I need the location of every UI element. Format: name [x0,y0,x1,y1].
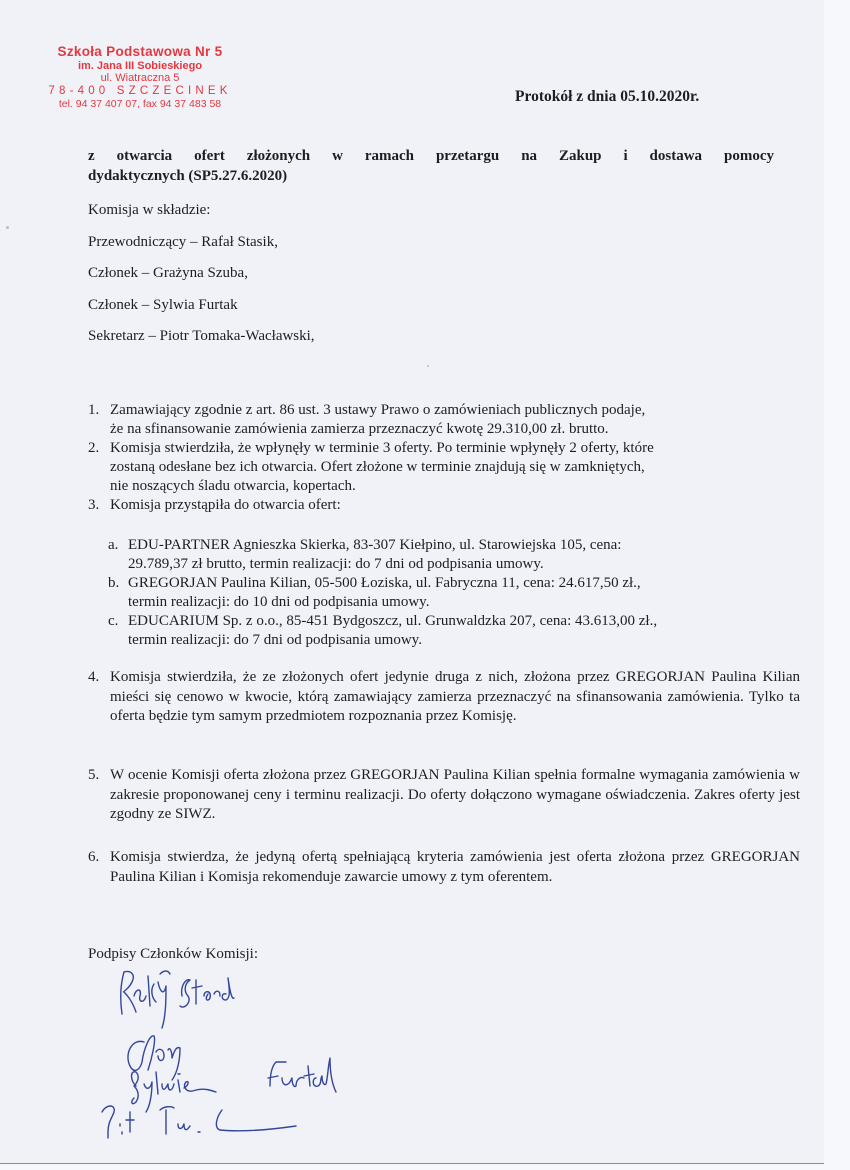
signature-member-1 [128,1036,180,1080]
offer-item: b. GREGORJAN Paulina Kilian, 05-500 Łozi… [108,574,778,612]
offer-text-line: GREGORJAN Paulina Kilian, 05-500 Łoziska… [128,574,778,593]
school-stamp: Szkoła Podstawowa Nr 5 im. Jana III Sobi… [40,44,240,110]
point-item: 2. Komisja stwierdziła, że wpłynęły w te… [88,439,778,496]
subject-line-1: z otwarcia ofert złożonych w ramach prze… [88,146,774,166]
point-item: 4. Komisja stwierdziła, że ze złożonych … [88,668,800,727]
signature-chairman [121,971,234,1028]
scan-speck [6,226,9,229]
signature-member-2 [132,1058,337,1112]
protocol-subject: z otwarcia ofert złożonych w ramach prze… [88,146,774,186]
offer-letter: c. [108,612,118,631]
point-text: Komisja stwierdza, że jedyną ofertą speł… [110,848,800,887]
committee-member: Członek – Sylwia Furtak [88,296,315,328]
handwritten-signatures [100,962,360,1142]
offer-item: c. EDUCARIUM Sp. z o.o., 85-451 Bydgoszc… [108,612,778,650]
committee-heading: Komisja w składzie: [88,201,315,233]
point-number: 1. [88,401,99,420]
page-edge [824,0,850,1170]
signature-secretary [102,1106,296,1138]
point-text-line: zostaną odesłane bez ich otwarcia. Ofert… [110,458,778,477]
offers-list: a. EDU-PARTNER Agnieszka Skierka, 83-307… [108,536,778,650]
point-number: 6. [88,848,99,868]
subject-line-2: dydaktycznych (SP5.27.6.2020) [88,168,287,184]
stamp-contact: tel. 94 37 407 07, fax 94 37 483 58 [40,98,240,110]
signatures-label: Podpisy Członków Komisji: [88,946,258,963]
offer-item: a. EDU-PARTNER Agnieszka Skierka, 83-307… [108,536,778,574]
scan-speck [427,365,429,367]
offer-letter: a. [108,536,118,555]
point-item: 1. Zamawiający zgodnie z art. 86 ust. 3 … [88,401,778,439]
stamp-street: ul. Wiatraczna 5 [40,72,240,85]
committee-member: Członek – Grażyna Szuba, [88,264,315,296]
point-text-line: nie noszących śladu otwarcia, kopertach. [110,477,778,496]
committee-section: Komisja w składzie: Przewodniczący – Raf… [88,201,315,359]
point-number: 2. [88,439,99,458]
point-text: W ocenie Komisji oferta złożona przez GR… [110,766,800,825]
point-number: 4. [88,668,99,688]
offer-text-line: EDUCARIUM Sp. z o.o., 85-451 Bydgoszcz, … [128,612,778,631]
offer-text-line: termin realizacji: do 10 dni od podpisan… [128,593,778,612]
stamp-school-name: Szkoła Podstawowa Nr 5 [40,44,240,60]
point-number: 5. [88,766,99,786]
point-item: 3. Komisja przystąpiła do otwarcia ofert… [88,496,778,515]
offer-text-line: termin realizacji: do 7 dni od podpisani… [128,631,778,650]
page-bottom-strip [0,1164,850,1170]
committee-member: Przewodniczący – Rafał Stasik, [88,233,315,265]
point-text-line: Zamawiający zgodnie z art. 86 ust. 3 ust… [110,401,778,420]
offer-letter: b. [108,574,119,593]
offer-text-line: 29.789,37 zł brutto, termin realizacji: … [128,555,778,574]
point-text-line: Komisja przystąpiła do otwarcia ofert: [110,496,778,515]
point-text-line: Komisja stwierdziła, że wpłynęły w termi… [110,439,778,458]
offer-text-line: EDU-PARTNER Agnieszka Skierka, 83-307 Ki… [128,536,778,555]
point-item: 6. Komisja stwierdza, że jedyną ofertą s… [88,848,800,887]
stamp-postal-city: 78-400 SZCZECINEK [40,85,240,98]
point-number: 3. [88,496,99,515]
committee-member: Sekretarz – Piotr Tomaka-Wacławski, [88,327,315,359]
point-item: 5. W ocenie Komisji oferta złożona przez… [88,766,800,825]
point-text-line: że na sfinansowanie zamówienia zamierza … [110,420,778,439]
stamp-patron: im. Jana III Sobieskiego [40,60,240,73]
protocol-title: Protokół z dnia 05.10.2020r. [515,88,699,106]
points-list: 1. Zamawiający zgodnie z art. 86 ust. 3 … [88,401,778,515]
point-text: Komisja stwierdziła, że ze złożonych ofe… [110,668,800,727]
